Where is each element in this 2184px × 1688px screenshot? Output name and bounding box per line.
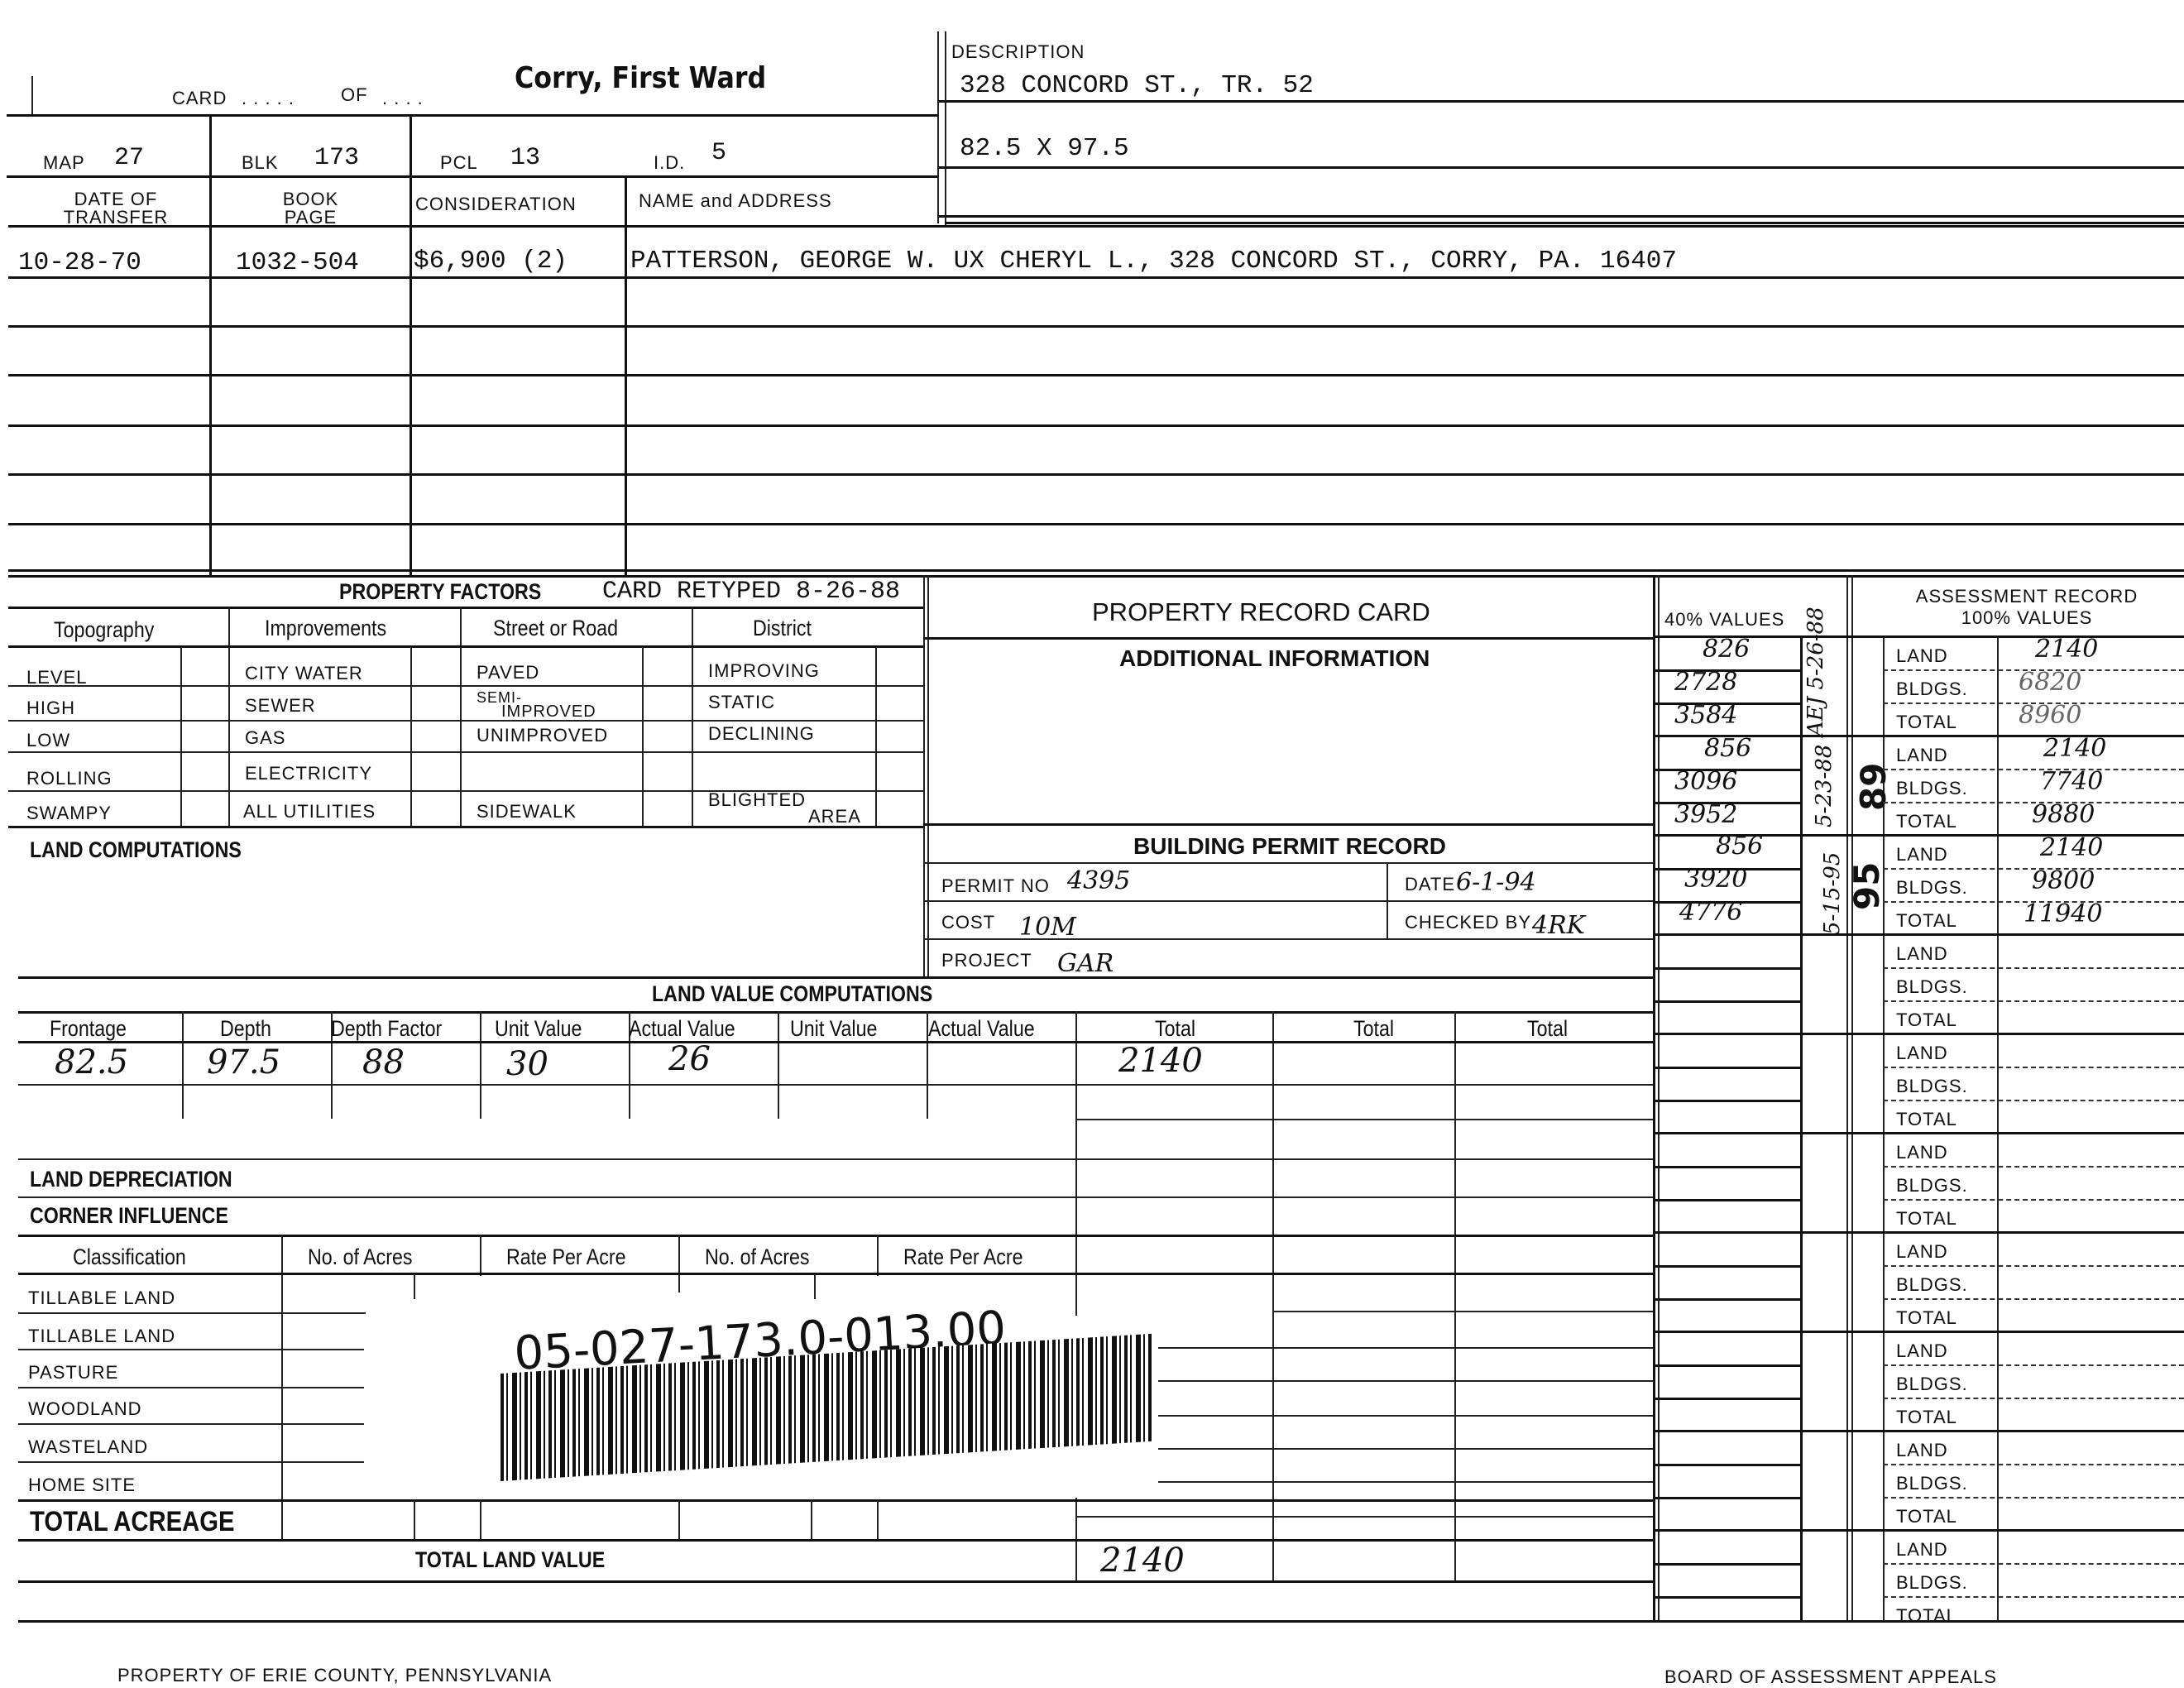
rule bbox=[8, 374, 2184, 376]
factor-city-water: CITY WATER bbox=[245, 664, 363, 683]
lv-col-depth-factor: Depth Factor bbox=[331, 1018, 442, 1040]
id-value: 5 bbox=[711, 141, 726, 165]
rule bbox=[1655, 1596, 1800, 1599]
factor-sidewalk: SIDEWALK bbox=[477, 803, 577, 821]
rule bbox=[18, 1620, 2184, 1623]
v100-total: 9880 bbox=[2032, 803, 2095, 827]
rule bbox=[18, 1423, 366, 1425]
rule bbox=[1883, 1000, 2184, 1002]
v100-total: 11940 bbox=[2024, 902, 2102, 927]
rule bbox=[1655, 1364, 1800, 1367]
col-divider bbox=[692, 608, 693, 827]
row-label-bldgs: BLDGS. bbox=[1896, 978, 1968, 996]
panel-divider bbox=[923, 575, 925, 976]
row-label-land: LAND bbox=[1896, 1144, 1948, 1162]
v40-land: 826 bbox=[1703, 637, 1750, 662]
v100-bldgs: 9800 bbox=[2032, 869, 2095, 894]
land-computations-title: LAND COMPUTATIONS bbox=[30, 839, 242, 861]
ward-title: Corry, First Ward bbox=[515, 61, 766, 95]
rule bbox=[8, 424, 2184, 427]
lv-col-total-2: Total bbox=[1353, 1018, 1394, 1040]
lv-depth: 97.5 bbox=[207, 1046, 280, 1079]
rule bbox=[1883, 1067, 2184, 1068]
factor-blighted-area: AREA bbox=[808, 808, 861, 826]
factor-paved: PAVED bbox=[477, 664, 539, 682]
rule bbox=[18, 1273, 1655, 1275]
rule bbox=[1655, 1464, 1800, 1466]
col-divider bbox=[409, 116, 412, 575]
rule bbox=[1653, 1231, 2184, 1234]
rule bbox=[923, 938, 1655, 940]
v100-total: 8960 bbox=[2019, 703, 2081, 728]
date-label: DATE bbox=[1405, 875, 1455, 894]
col-divider bbox=[209, 116, 212, 575]
rule bbox=[18, 1196, 1655, 1198]
name-address: PATTERSON, GEORGE W. UX CHERYL L., 328 C… bbox=[630, 248, 1677, 274]
rule bbox=[1655, 1199, 1800, 1201]
row-label-total: TOTAL bbox=[1896, 713, 1957, 731]
property-record-card-title: PROPERTY RECORD CARD bbox=[1092, 599, 1430, 625]
col-divider bbox=[678, 1235, 680, 1292]
rule bbox=[1883, 1199, 2184, 1201]
row-label-land: LAND bbox=[1896, 1541, 1948, 1559]
col-divider bbox=[678, 1499, 680, 1541]
project-value: GAR bbox=[1057, 952, 1114, 976]
rule bbox=[1655, 1166, 1800, 1168]
rule bbox=[1158, 1448, 1655, 1450]
v100-land: 2140 bbox=[2035, 637, 2098, 662]
of-label: OF bbox=[341, 86, 368, 104]
rule bbox=[1653, 933, 2184, 936]
values-40-label: 40% VALUES bbox=[1664, 611, 1784, 629]
of-dots: . . . . bbox=[382, 89, 424, 108]
acre-col-no-acres: No. of Acres bbox=[308, 1246, 412, 1268]
row-label-land: LAND bbox=[1896, 1243, 1948, 1261]
col-divider bbox=[1454, 1011, 1456, 1582]
pcl-value: 13 bbox=[510, 146, 540, 170]
row-label-bldgs: BLDGS. bbox=[1896, 1574, 1968, 1592]
rule bbox=[8, 826, 925, 828]
rule bbox=[18, 1580, 1655, 1583]
factor-improving: IMPROVING bbox=[708, 662, 820, 680]
rule bbox=[1075, 1119, 1655, 1120]
acre-col-classification: Classification bbox=[73, 1246, 186, 1268]
rule bbox=[1653, 1033, 2184, 1035]
col-divider bbox=[778, 1011, 779, 1119]
lv-col-unit-value-2: Unit Value bbox=[790, 1018, 877, 1040]
rule bbox=[923, 862, 1655, 864]
permit-no-label: PERMIT NO bbox=[941, 877, 1050, 895]
v40-land: 856 bbox=[1716, 834, 1763, 859]
rule bbox=[8, 575, 2184, 578]
rule bbox=[1883, 967, 2184, 969]
checkbox-col bbox=[642, 647, 644, 827]
rule bbox=[1158, 1380, 1655, 1382]
rule bbox=[1655, 1067, 1800, 1069]
factor-unimproved: UNIMPROVED bbox=[477, 727, 608, 745]
rule bbox=[8, 645, 925, 648]
topography-header: Topography bbox=[54, 619, 154, 641]
tick bbox=[414, 1274, 415, 1299]
col-divider bbox=[480, 1499, 481, 1541]
street-header: Street or Road bbox=[493, 617, 618, 640]
total-land-value-label: TOTAL LAND VALUE bbox=[415, 1549, 605, 1571]
rule bbox=[1653, 1430, 2184, 1432]
checked-by-value: 4RK bbox=[1532, 914, 1585, 938]
factor-gas: GAS bbox=[245, 729, 285, 747]
v40-total: 4776 bbox=[1679, 900, 1742, 925]
rule bbox=[923, 823, 1655, 826]
acre-row-tillable-2: TILLABLE LAND bbox=[28, 1327, 175, 1345]
lv-total: 2140 bbox=[1118, 1044, 1203, 1077]
v40-bldgs: 3920 bbox=[1684, 867, 1747, 892]
rule bbox=[1883, 901, 2184, 903]
col-divider bbox=[877, 1499, 879, 1541]
pcl-label: PCL bbox=[440, 154, 478, 172]
rule bbox=[1075, 1516, 1655, 1518]
rule bbox=[937, 215, 2184, 218]
factor-electricity: ELECTRICITY bbox=[245, 765, 372, 783]
rule bbox=[1655, 802, 1800, 804]
checkbox-col bbox=[410, 647, 412, 827]
rule bbox=[1158, 1481, 1655, 1483]
rule bbox=[923, 900, 1655, 902]
name-address-header: NAME and ADDRESS bbox=[639, 192, 832, 210]
row-label-land: LAND bbox=[1896, 846, 1948, 864]
group-note: 5-23-88 bbox=[1812, 745, 1837, 827]
group-note: 5-15-95 bbox=[1820, 852, 1845, 935]
tick bbox=[814, 1274, 816, 1299]
factor-low: LOW bbox=[26, 731, 70, 750]
checkbox-col bbox=[180, 647, 182, 827]
v100-land: 2140 bbox=[2040, 836, 2103, 861]
row-label-land: LAND bbox=[1896, 1342, 1948, 1360]
lv-col-total-3: Total bbox=[1527, 1018, 1568, 1040]
col-divider bbox=[228, 608, 230, 827]
col-divider bbox=[1846, 575, 1848, 1620]
rule bbox=[18, 1461, 366, 1463]
rule bbox=[1655, 868, 1800, 870]
rule bbox=[1883, 802, 2184, 803]
description-line-2: 82.5 X 97.5 bbox=[960, 136, 1129, 161]
rule bbox=[1655, 1265, 1800, 1268]
rule bbox=[8, 225, 2184, 228]
box-divider bbox=[937, 31, 939, 223]
lv-col-depth: Depth bbox=[220, 1018, 271, 1040]
col-divider bbox=[1272, 1011, 1274, 1582]
description-line-1: 328 CONCORD ST., TR. 52 bbox=[960, 73, 1314, 98]
rule bbox=[1655, 967, 1800, 970]
lv-frontage: 82.5 bbox=[55, 1046, 128, 1079]
row-label-total: TOTAL bbox=[1896, 1011, 1957, 1029]
row-label-land: LAND bbox=[1896, 746, 1948, 765]
v100-bldgs: 6820 bbox=[2019, 670, 2081, 695]
rule bbox=[1655, 769, 1800, 771]
card-label: CARD bbox=[172, 89, 227, 108]
rule bbox=[8, 685, 925, 687]
col-divider bbox=[877, 1235, 879, 1276]
map-label: MAP bbox=[43, 154, 85, 172]
consideration: $6,900 (2) bbox=[414, 248, 568, 274]
factor-semi-improved: IMPROVED bbox=[501, 703, 596, 720]
date-of-transfer-header: DATE OF TRANSFER bbox=[25, 190, 207, 227]
rule bbox=[7, 175, 937, 178]
rule bbox=[1883, 669, 2184, 671]
card-dots: . . . . . bbox=[242, 89, 295, 108]
rule bbox=[8, 720, 925, 722]
factor-rolling: ROLLING bbox=[26, 770, 113, 788]
row-label-bldgs: BLDGS. bbox=[1896, 680, 1968, 698]
acre-row-pasture: PASTURE bbox=[28, 1364, 118, 1382]
rule bbox=[1883, 769, 2184, 770]
rule bbox=[1883, 1596, 2184, 1598]
rule bbox=[1653, 1331, 2184, 1333]
col-divider bbox=[1997, 637, 1999, 1620]
rule bbox=[18, 1539, 1655, 1542]
rule bbox=[1655, 1298, 1800, 1301]
row-label-land: LAND bbox=[1896, 1441, 1948, 1460]
acre-row-home-site: HOME SITE bbox=[28, 1476, 136, 1494]
acre-col-no-acres-2: No. of Acres bbox=[705, 1246, 809, 1268]
rule bbox=[1883, 1364, 2184, 1366]
year-stamp: 95 bbox=[1846, 862, 1887, 910]
land-value-computations-title: LAND VALUE COMPUTATIONS bbox=[652, 983, 932, 1005]
row-label-total: TOTAL bbox=[1896, 1607, 1957, 1625]
rule bbox=[937, 166, 2184, 169]
assessment-title-1: ASSESSMENT RECORD bbox=[1870, 587, 2184, 606]
col-divider bbox=[811, 1499, 812, 1541]
blk-value: 173 bbox=[314, 146, 359, 170]
rule bbox=[1655, 1398, 1800, 1400]
rule bbox=[18, 1387, 366, 1388]
corner-influence-label: CORNER INFLUENCE bbox=[30, 1205, 228, 1227]
col-divider bbox=[480, 1011, 481, 1119]
v40-total: 3952 bbox=[1674, 803, 1737, 827]
lv-col-unit-value: Unit Value bbox=[495, 1018, 582, 1040]
id-label: I.D. bbox=[654, 154, 685, 172]
v40-bldgs: 3096 bbox=[1674, 770, 1737, 794]
col-divider bbox=[414, 1499, 415, 1541]
rule bbox=[18, 1499, 1655, 1502]
rule bbox=[8, 473, 2184, 476]
cost-label: COST bbox=[941, 914, 995, 932]
additional-information-title: ADDITIONAL INFORMATION bbox=[1119, 647, 1430, 670]
row-label-land: LAND bbox=[1896, 647, 1948, 665]
factor-all-utilities: ALL UTILITIES bbox=[243, 803, 376, 821]
improvements-header: Improvements bbox=[265, 617, 386, 640]
row-label-bldgs: BLDGS. bbox=[1896, 1177, 1968, 1195]
rule bbox=[18, 1084, 1655, 1086]
rule bbox=[1653, 834, 2184, 837]
rule bbox=[18, 1158, 1655, 1160]
cost-value: 10M bbox=[1019, 915, 1076, 940]
rule bbox=[1158, 1347, 1655, 1349]
rule bbox=[1883, 1265, 2184, 1267]
building-permit-title: BUILDING PERMIT RECORD bbox=[1133, 835, 1446, 858]
rule bbox=[1655, 1563, 1800, 1566]
lv-col-frontage: Frontage bbox=[50, 1018, 127, 1040]
checked-by-label: CHECKED BY bbox=[1405, 914, 1531, 932]
panel-divider bbox=[927, 575, 929, 976]
rule bbox=[1883, 1100, 2184, 1101]
assessment-title-2: 100% VALUES bbox=[1870, 609, 2184, 627]
row-label-land: LAND bbox=[1896, 945, 1948, 963]
rule bbox=[18, 976, 1655, 979]
box-divider bbox=[945, 31, 946, 225]
description-label: DESCRIPTION bbox=[951, 43, 1085, 61]
rule bbox=[8, 276, 2184, 279]
rule bbox=[1655, 901, 1800, 904]
v40-bldgs: 2728 bbox=[1674, 670, 1737, 695]
lv-actual-value: 26 bbox=[668, 1043, 711, 1076]
acre-row-woodland: WOODLAND bbox=[28, 1400, 142, 1418]
rule bbox=[1883, 1464, 2184, 1465]
rule bbox=[18, 1312, 366, 1314]
lv-col-actual-value-2: Actual Value bbox=[928, 1018, 1035, 1040]
book-page-header: BOOK PAGE bbox=[213, 190, 408, 227]
acre-row-tillable-1: TILLABLE LAND bbox=[28, 1289, 175, 1307]
row-label-total: TOTAL bbox=[1896, 1110, 1957, 1129]
rule bbox=[1655, 669, 1800, 672]
group-note: AEJ 5-26-88 bbox=[1803, 607, 1828, 736]
lv-depth-factor: 88 bbox=[362, 1046, 405, 1079]
rule bbox=[18, 1349, 366, 1350]
row-label-bldgs: BLDGS. bbox=[1896, 1077, 1968, 1096]
factor-static: STATIC bbox=[708, 693, 775, 712]
rule bbox=[7, 114, 937, 117]
rule bbox=[937, 100, 2184, 103]
factor-sewer: SEWER bbox=[245, 697, 316, 715]
card-retyped-note: CARD RETYPED 8-26-88 bbox=[602, 579, 900, 604]
rule bbox=[1883, 1298, 2184, 1300]
total-acreage-label: TOTAL ACREAGE bbox=[30, 1508, 234, 1536]
rule bbox=[18, 1235, 1655, 1237]
row-label-total: TOTAL bbox=[1896, 1408, 1957, 1427]
col-divider bbox=[480, 1235, 481, 1276]
row-label-total: TOTAL bbox=[1896, 1309, 1957, 1327]
rule bbox=[1883, 1497, 2184, 1499]
project-label: PROJECT bbox=[941, 952, 1032, 970]
row-label-total: TOTAL bbox=[1896, 813, 1957, 831]
blk-label: BLK bbox=[242, 154, 279, 172]
row-label-bldgs: BLDGS. bbox=[1896, 1375, 1968, 1393]
row-label-bldgs: BLDGS. bbox=[1896, 779, 1968, 798]
v40-land: 856 bbox=[1704, 736, 1751, 761]
rule bbox=[1883, 1563, 2184, 1565]
row-label-bldgs: BLDGS. bbox=[1896, 1276, 1968, 1294]
rule bbox=[1655, 1000, 1800, 1003]
book-page: 1032-504 bbox=[236, 250, 359, 276]
footer-right: BOARD OF ASSESSMENT APPEALS bbox=[1664, 1668, 1997, 1686]
factor-declining: DECLINING bbox=[708, 725, 815, 743]
rule bbox=[18, 1011, 1655, 1014]
rule bbox=[1653, 1132, 2184, 1134]
property-factors-title: PROPERTY FACTORS bbox=[339, 581, 541, 603]
rule bbox=[8, 523, 2184, 525]
factor-swampy: SWAMPY bbox=[26, 804, 112, 822]
district-header: District bbox=[753, 617, 812, 640]
row-label-total: TOTAL bbox=[1896, 1210, 1957, 1228]
permit-no-value: 4395 bbox=[1067, 869, 1130, 894]
date-value: 6-1-94 bbox=[1456, 870, 1536, 895]
col-divider bbox=[1851, 575, 1853, 1620]
rule bbox=[8, 607, 925, 609]
rule bbox=[1655, 703, 1800, 705]
v40-total: 3584 bbox=[1674, 703, 1737, 728]
rule bbox=[1883, 1398, 2184, 1399]
total-land-value: 2140 bbox=[1100, 1544, 1185, 1577]
rule bbox=[8, 751, 925, 753]
acre-col-rate: Rate Per Acre bbox=[506, 1246, 626, 1268]
rule bbox=[923, 637, 1655, 640]
rule bbox=[1655, 1100, 1800, 1102]
corner-mark bbox=[31, 76, 33, 116]
consideration-header: CONSIDERATION bbox=[415, 195, 577, 213]
lv-col-total-1: Total bbox=[1155, 1018, 1195, 1040]
rule bbox=[1883, 703, 2184, 704]
rule bbox=[1158, 1415, 1655, 1417]
v100-bldgs: 7740 bbox=[2040, 770, 2103, 794]
row-label-bldgs: BLDGS. bbox=[1896, 879, 1968, 897]
lv-unit-value: 30 bbox=[506, 1048, 548, 1081]
acre-col-rate-2: Rate Per Acre bbox=[903, 1246, 1023, 1268]
row-label-total: TOTAL bbox=[1896, 912, 1957, 930]
rule bbox=[1653, 735, 2184, 737]
col-divider bbox=[460, 608, 462, 827]
factor-level: LEVEL bbox=[26, 669, 88, 687]
footer-left: PROPERTY OF ERIE COUNTY, PENNSYLVANIA bbox=[117, 1666, 552, 1685]
lv-col-actual-value: Actual Value bbox=[629, 1018, 735, 1040]
land-depreciation-label: LAND DEPRECIATION bbox=[30, 1168, 232, 1191]
rule bbox=[1655, 1497, 1800, 1499]
row-label-total: TOTAL bbox=[1896, 1508, 1957, 1526]
rule bbox=[8, 325, 2184, 328]
rule bbox=[945, 222, 2184, 224]
rule bbox=[1883, 1166, 2184, 1168]
row-label-bldgs: BLDGS. bbox=[1896, 1475, 1968, 1493]
v100-land: 2140 bbox=[2043, 736, 2106, 761]
factor-blighted: BLIGHTED bbox=[708, 791, 806, 809]
rule bbox=[8, 569, 2184, 572]
transfer-date: 10-28-70 bbox=[18, 250, 141, 276]
rule bbox=[1274, 1311, 1655, 1312]
rule bbox=[1653, 1529, 2184, 1532]
row-label-land: LAND bbox=[1896, 1044, 1948, 1062]
factor-high: HIGH bbox=[26, 699, 75, 717]
acre-row-wasteland: WASTELAND bbox=[28, 1438, 148, 1456]
map-value: 27 bbox=[114, 146, 144, 170]
col-divider bbox=[1800, 637, 1803, 1620]
checkbox-col bbox=[875, 647, 877, 827]
col-divider bbox=[182, 1011, 184, 1119]
rule bbox=[1883, 868, 2184, 870]
